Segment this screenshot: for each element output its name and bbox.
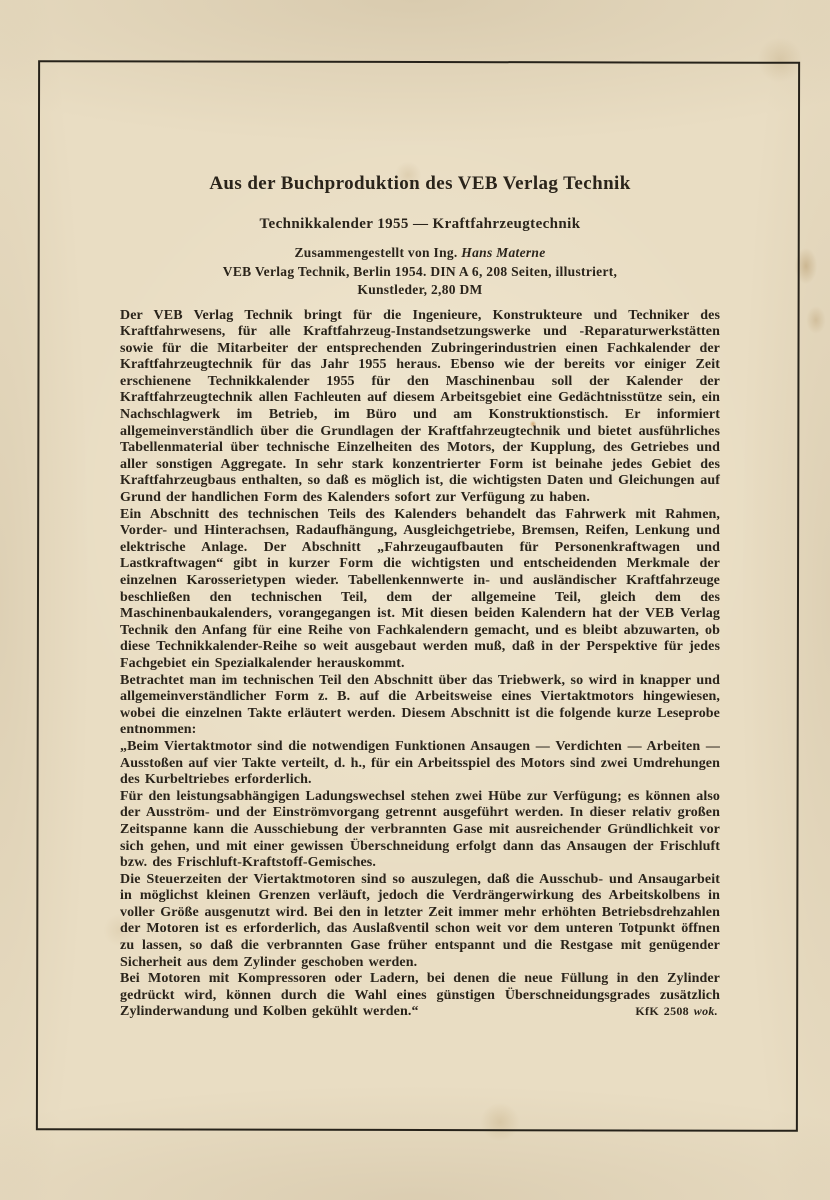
paragraph: Die Steuerzeiten der Viertaktmotoren sin… [120, 872, 720, 972]
paragraph: Betrachtet man im technischen Teil den A… [120, 673, 720, 739]
book-title: Technikkalender 1955 — Kraftfahrzeugtech… [120, 216, 720, 233]
paragraph: Ein Abschnitt des technischen Teils des … [120, 507, 720, 673]
compiled-by-line: Zusammengestellt von Ing. Hans Materne [120, 244, 720, 263]
paragraph: Für den leistungsabhängigen Ladungswechs… [120, 789, 720, 872]
body-text: Der VEB Verlag Technik bringt für die In… [120, 308, 720, 1022]
publisher-line: VEB Verlag Technik, Berlin 1954. DIN A 6… [120, 263, 720, 282]
scanned-document-page: Aus der Buchproduktion des VEB Verlag Te… [0, 0, 830, 1200]
page-content: Aus der Buchproduktion des VEB Verlag Te… [120, 63, 720, 1021]
publication-info-block: Zusammengestellt von Ing. Hans Materne V… [120, 244, 720, 300]
compiled-by-prefix: Zusammengestellt von Ing. [294, 245, 461, 260]
colophon-code: KfK 2508 [635, 1004, 693, 1018]
colophon-initials: wok. [694, 1004, 718, 1018]
paragraph: „Beim Viertaktmotor sind die notwendigen… [120, 739, 720, 789]
paragraph: Der VEB Verlag Technik bringt für die In… [120, 308, 720, 507]
compiled-by-name: Hans Materne [461, 245, 545, 260]
binding-price-line: Kunstleder, 2,80 DM [120, 281, 720, 300]
page-title: Aus der Buchproduktion des VEB Verlag Te… [120, 173, 720, 195]
colophon: KfK 2508 wok. [635, 1003, 718, 1020]
paragraph: Bei Motoren mit Kompressoren oder Ladern… [120, 971, 720, 1021]
